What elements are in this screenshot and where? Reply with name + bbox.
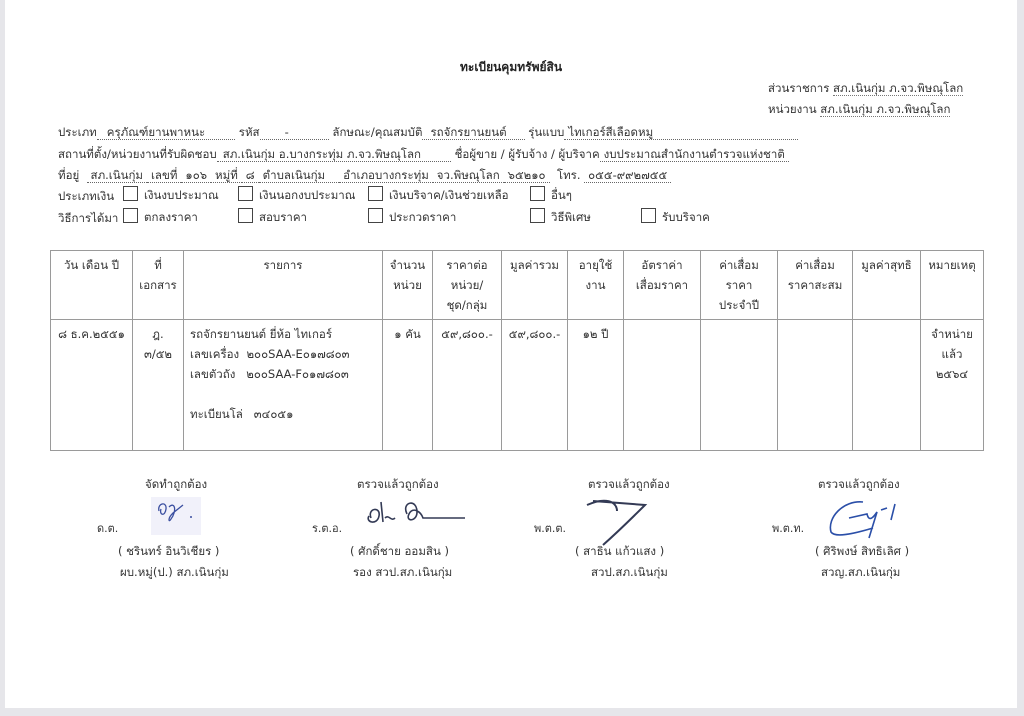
seller-label: ชื่อผู้ขาย / ผู้รับจ้าง / ผู้บริจาค <box>455 147 600 161</box>
cell-depreciation-rate <box>624 320 701 451</box>
signature-2-image <box>361 492 471 532</box>
document-page: ทะเบียนคุมทรัพย์สิน ส่วนราชการ สภ.เนินกุ… <box>5 0 1017 708</box>
signature-4-image <box>823 498 913 543</box>
cell-remark: จำหน่าย แล้ว ๒๕๖๔ <box>921 320 984 451</box>
checkbox[interactable] <box>123 186 138 201</box>
sig1-name: ( ชรินทร์ อินวิเชียร ) <box>118 543 219 561</box>
sig1-rank: ด.ต. <box>97 519 118 537</box>
checkbox[interactable] <box>368 186 383 201</box>
address-line: ที่อยู่ สภ.เนินกุ่มเลขที่๑๐๖หมู่ที่๘ตำบล… <box>58 167 671 185</box>
location-label: สถานที่ตั้ง/หน่วยงานที่รับผิดชอบ <box>58 147 217 161</box>
header-net-value: มูลค่าสุทธิ <box>853 251 921 320</box>
money-type-label: ประเภทเงิน <box>58 188 114 206</box>
type-value: ครุภัณฑ์ยานพาหนะ <box>97 125 235 140</box>
cell-date: ๘ ธ.ค.๒๕๕๑ <box>51 320 133 451</box>
address-province: จว.พิษณุโลก <box>433 168 504 183</box>
money-option-other[interactable]: อื่นๆ <box>526 186 572 205</box>
checkbox[interactable] <box>238 208 253 223</box>
option-label: วิธีพิเศษ <box>551 210 591 224</box>
sig2-rank: ร.ต.อ. <box>312 519 342 537</box>
model-value: ไทเกอร์สีเลือดหมู <box>564 125 798 140</box>
cell-item: รถจักรยานยนต์ ยี่ห้อ ไทเกอร์ เลขเครื่อง … <box>184 320 383 451</box>
property-value: รถจักรยานยนต์ <box>422 125 524 140</box>
signature-1-image <box>151 497 201 535</box>
checkbox[interactable] <box>530 186 545 201</box>
header-date: วัน เดือน ปี <box>51 251 133 320</box>
option-label: อื่นๆ <box>551 188 572 202</box>
asset-register-table: วัน เดือน ปี ที่ เอกสาร รายการ จำนวน หน่… <box>50 250 984 451</box>
address-postcode: ๖๕๒๑๐ <box>504 168 550 183</box>
sig2-position: รอง สวป.สภ.เนินกุ่ม <box>353 564 452 582</box>
sig4-caption: ตรวจแล้วถูกต้อง <box>818 476 900 494</box>
seller-value: งบประมาณสำนักงานตำรวจแห่งชาติ <box>600 147 789 162</box>
acq-option-quotation[interactable]: สอบราคา <box>234 208 307 227</box>
option-label: เงินงบประมาณ <box>144 188 219 202</box>
cell-accumulated-depreciation <box>778 320 853 451</box>
header-useful-life: อายุใช้ งาน <box>568 251 624 320</box>
option-label: สอบราคา <box>259 210 307 224</box>
cell-annual-depreciation <box>701 320 778 451</box>
money-option-budget[interactable]: เงินงบประมาณ <box>119 186 219 205</box>
unit-line: หน่วยงาน สภ.เนินกุ่ม ภ.จว.พิษณุโลก <box>768 101 950 119</box>
header-total-value: มูลค่ารวม <box>502 251 568 320</box>
type-line: ประเภทครุภัณฑ์ยานพาหนะ รหัส- ลักษณะ/คุณส… <box>58 124 798 142</box>
sig1-position: ผบ.หมู่(ป.) สภ.เนินกุ่ม <box>120 564 229 582</box>
cell-unit-price: ๕๙,๘๐๐.- <box>433 320 502 451</box>
sig3-caption: ตรวจแล้วถูกต้อง <box>588 476 670 494</box>
acq-option-agreement[interactable]: ตกลงราคา <box>119 208 198 227</box>
header-accumulated-depreciation: ค่าเสื่อม ราคาสะสม <box>778 251 853 320</box>
address-amphoe: อำเภอบางกระทุ่ม <box>339 168 433 183</box>
checkbox[interactable] <box>641 208 656 223</box>
acq-option-donation[interactable]: รับบริจาค <box>637 208 710 227</box>
agency-label: ส่วนราชการ <box>768 81 829 95</box>
header-item: รายการ <box>184 251 383 320</box>
location-line: สถานที่ตั้ง/หน่วยงานที่รับผิดชอบสภ.เนินก… <box>58 146 789 164</box>
document-title: ทะเบียนคุมทรัพย์สิน <box>460 58 562 77</box>
option-label: ตกลงราคา <box>144 210 198 224</box>
address-no-label: เลขที่ <box>147 168 181 183</box>
header-annual-depreciation: ค่าเสื่อม ราคา ประจำปี <box>701 251 778 320</box>
checkbox[interactable] <box>123 208 138 223</box>
header-doc-no: ที่ เอกสาร <box>133 251 184 320</box>
acq-option-bidding[interactable]: ประกวดราคา <box>364 208 456 227</box>
checkbox[interactable] <box>238 186 253 201</box>
sig4-rank: พ.ต.ท. <box>772 519 804 537</box>
location-value: สภ.เนินกุ่ม อ.บางกระทุ่ม ภ.จว.พิษณุโลก <box>217 147 451 162</box>
table-header-row: วัน เดือน ปี ที่ เอกสาร รายการ จำนวน หน่… <box>51 251 984 320</box>
sig4-position: สวญ.สภ.เนินกุ่ม <box>821 564 900 582</box>
unit-value: สภ.เนินกุ่ม ภ.จว.พิษณุโลก <box>820 102 950 117</box>
cell-net-value <box>853 320 921 451</box>
cell-quantity: ๑ คัน <box>383 320 433 451</box>
address-moo: ๘ <box>242 168 259 183</box>
sig4-name: ( ศิริพงษ์ สิทธิเลิศ ) <box>815 543 909 561</box>
cell-total-value: ๕๙,๘๐๐.- <box>502 320 568 451</box>
money-option-non-budget[interactable]: เงินนอกงบประมาณ <box>234 186 355 205</box>
agency-value: สภ.เนินกุ่ม ภ.จว.พิษณุโลก <box>833 81 963 96</box>
checkbox[interactable] <box>368 208 383 223</box>
option-label: เงินบริจาค/เงินช่วยเหลือ <box>389 188 509 202</box>
address-moo-label: หมู่ที่ <box>211 168 242 183</box>
acquisition-label: วิธีการได้มา <box>58 210 118 228</box>
money-option-donation[interactable]: เงินบริจาค/เงินช่วยเหลือ <box>364 186 509 205</box>
code-value: - <box>260 125 329 140</box>
sig3-position: สวป.สภ.เนินกุ่ม <box>591 564 668 582</box>
phone-value: ๐๕๕-๙๙๒๗๕๕ <box>584 168 671 183</box>
signature-3-image <box>585 495 655 550</box>
property-label: ลักษณะ/คุณสมบัติ <box>332 125 422 139</box>
model-label: รุ่นแบบ <box>528 125 564 139</box>
unit-label: หน่วยงาน <box>768 102 817 116</box>
address-station: สภ.เนินกุ่ม <box>87 168 147 183</box>
option-label: รับบริจาค <box>662 210 710 224</box>
header-remark: หมายเหตุ <box>921 251 984 320</box>
table-row: ๘ ธ.ค.๒๕๕๑ ฎ. ๓/๕๒ รถจักรยานยนต์ ยี่ห้อ … <box>51 320 984 451</box>
header-quantity: จำนวน หน่วย <box>383 251 433 320</box>
sig3-rank: พ.ต.ต. <box>534 519 566 537</box>
sig2-name: ( ศักดิ์ชาย ออมสิน ) <box>350 543 449 561</box>
sig3-name: ( สาธิน แก้วแสง ) <box>575 543 664 561</box>
header-depreciation-rate: อัตราค่า เสื่อมราคา <box>624 251 701 320</box>
agency-line: ส่วนราชการ สภ.เนินกุ่ม ภ.จว.พิษณุโลก <box>768 80 963 98</box>
address-tambon: ตำบลเนินกุ่ม <box>259 168 339 183</box>
phone-label: โทร. <box>557 168 581 182</box>
option-label: เงินนอกงบประมาณ <box>259 188 355 202</box>
header-unit-price: ราคาต่อ หน่วย/ ชุด/กลุ่ม <box>433 251 502 320</box>
code-label: รหัส <box>239 125 260 139</box>
cell-useful-life: ๑๒ ปี <box>568 320 624 451</box>
type-label: ประเภท <box>58 125 97 139</box>
sig1-caption: จัดทำถูกต้อง <box>145 476 207 494</box>
cell-doc-no: ฎ. ๓/๕๒ <box>133 320 184 451</box>
address-label: ที่อยู่ <box>58 168 79 182</box>
address-no: ๑๐๖ <box>181 168 211 183</box>
checkbox[interactable] <box>530 208 545 223</box>
option-label: ประกวดราคา <box>389 210 456 224</box>
acq-option-special[interactable]: วิธีพิเศษ <box>526 208 591 227</box>
